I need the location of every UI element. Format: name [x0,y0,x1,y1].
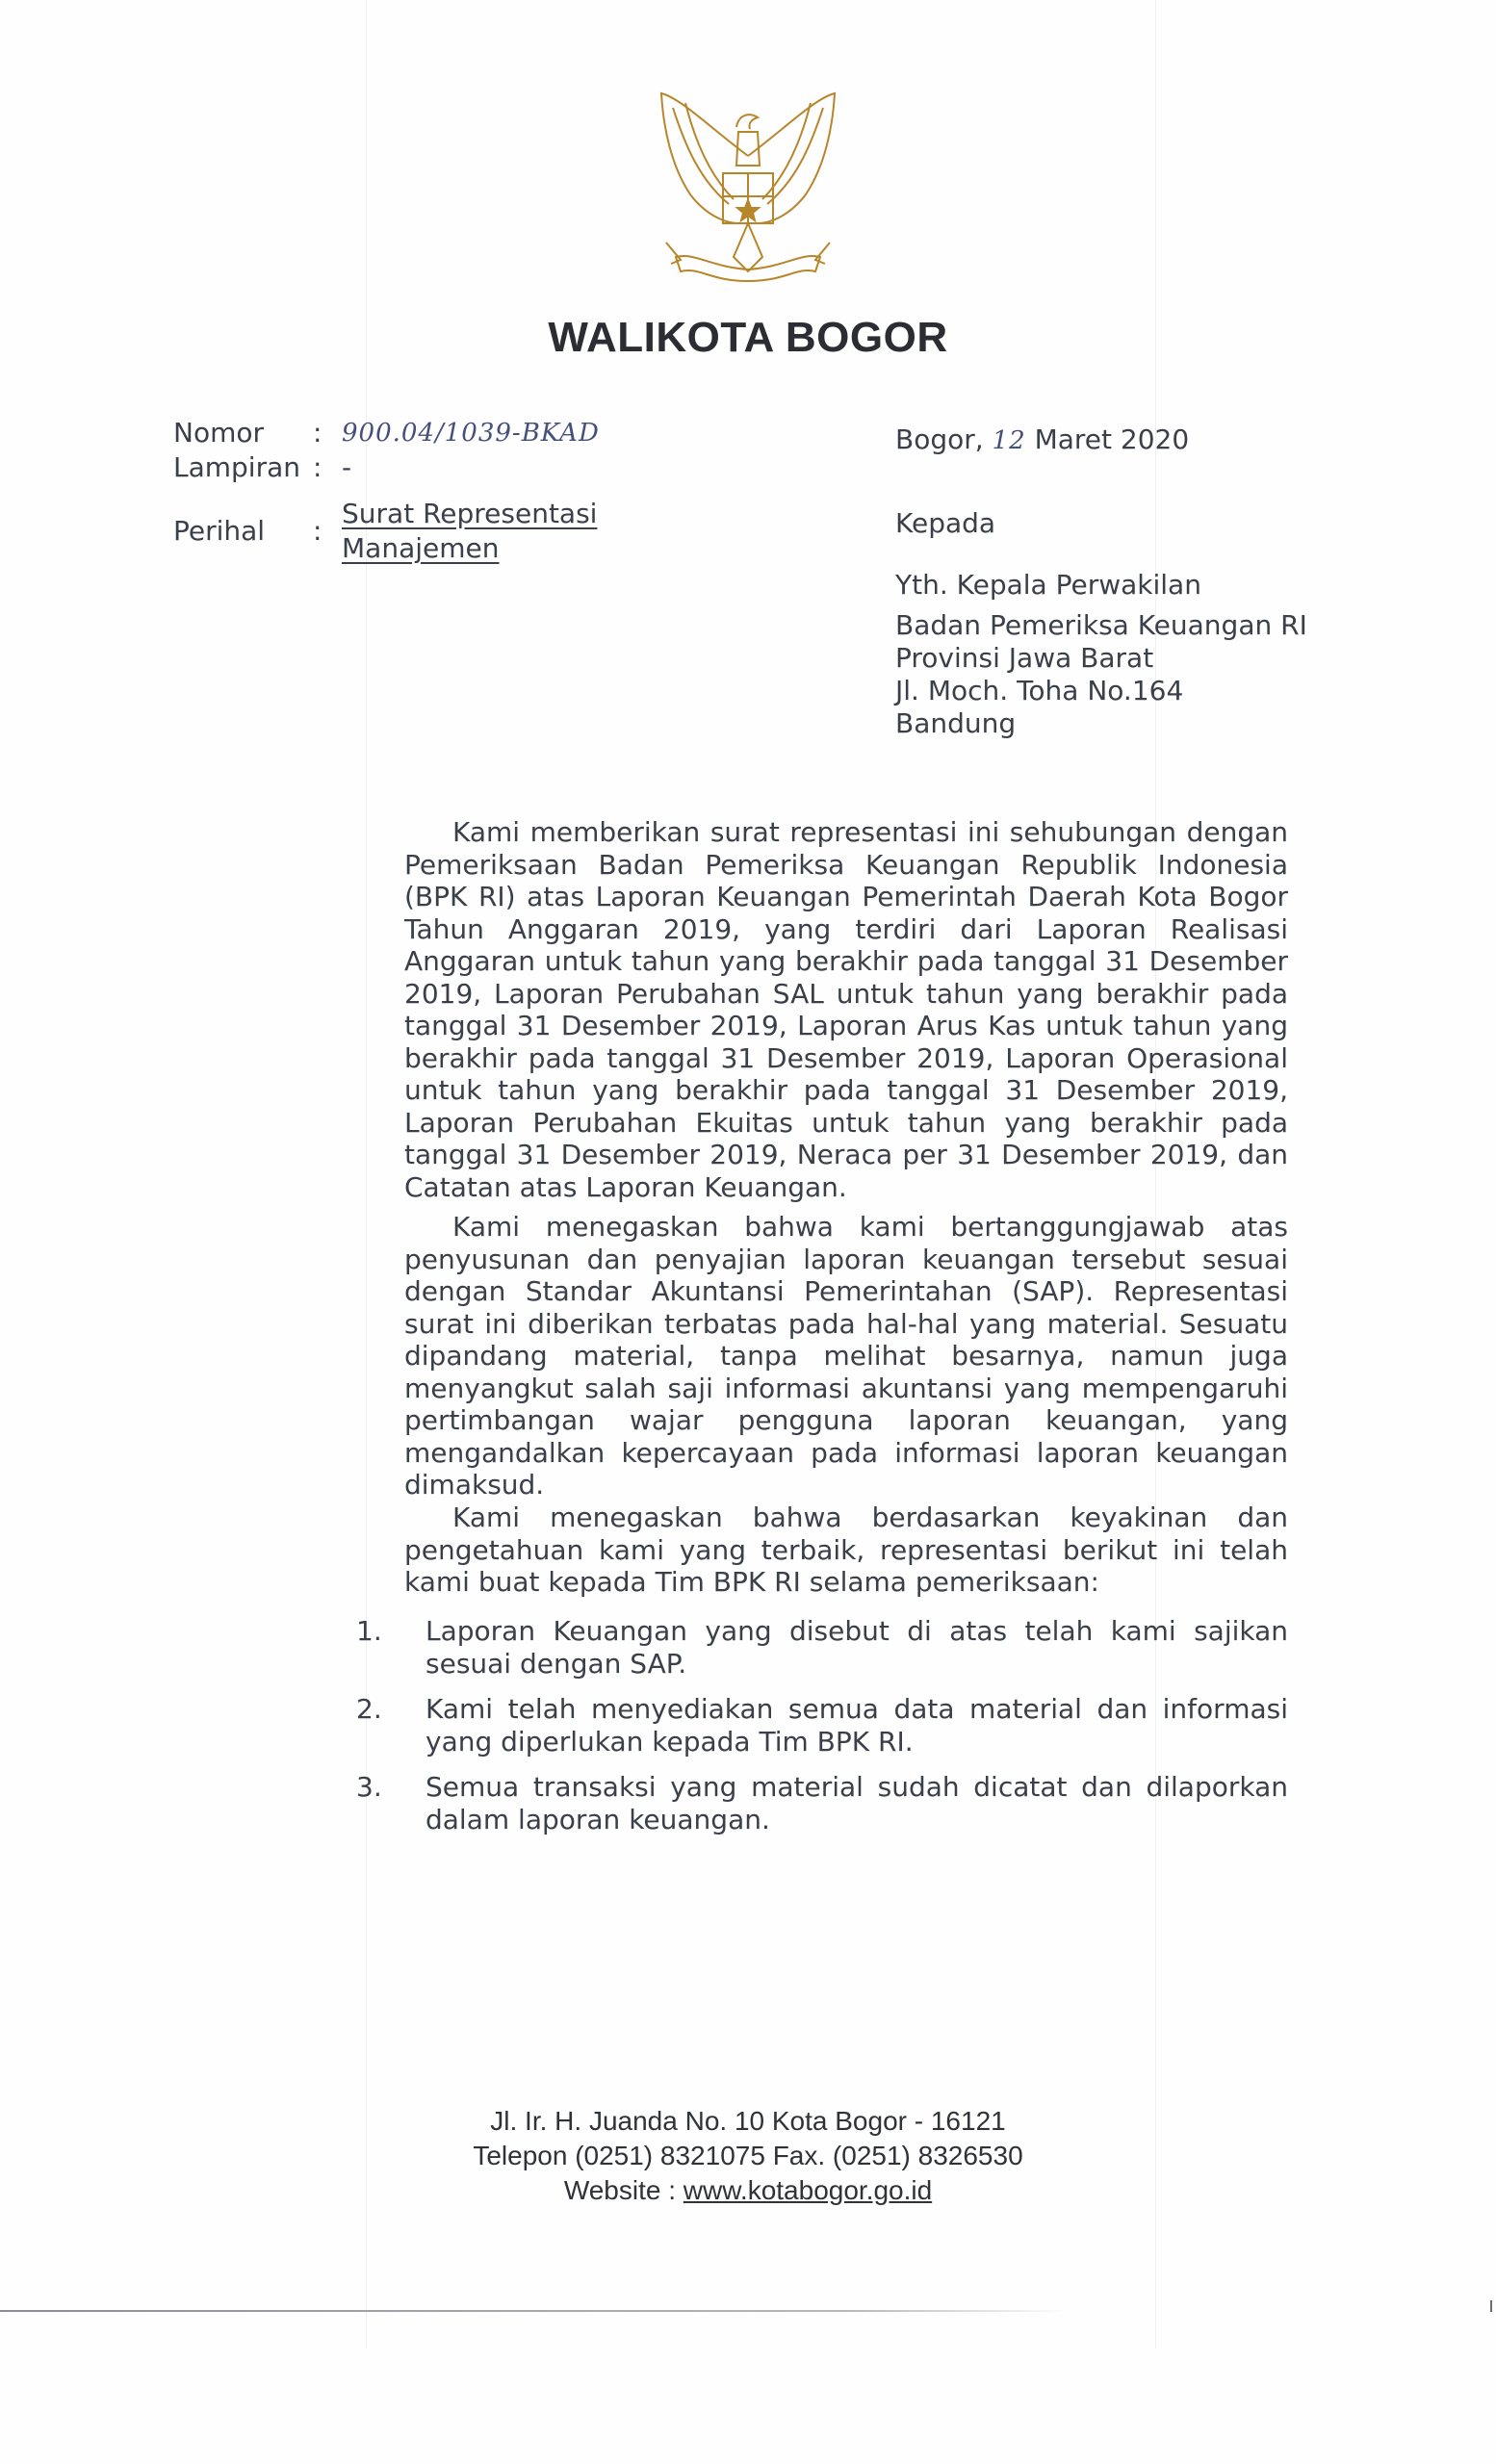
date-place: Bogor, [895,423,984,455]
address-block: Bogor, 12 Maret 2020 Kepada Yth. Kepala … [895,423,1307,740]
perihal-value: Surat Representasi Manajemen [342,497,597,566]
recipient-line: Bandung [895,707,1307,740]
lampiran-label: Lampiran [173,450,313,485]
website-label: Website : [564,2175,676,2205]
recipient-line: Provinsi Jawa Barat [895,642,1307,675]
date-month-year: Maret 2020 [1035,423,1190,455]
list-item: 1. Laporan Keuangan yang disebut di atas… [356,1615,1288,1680]
nomor-row: Nomor : 900.04/1039-BKAD [173,416,600,450]
paragraph-text: Kami menegaskan bahwa kami bertanggungja… [404,1211,1288,1501]
nomor-label: Nomor [173,416,313,450]
list-text: Semua transaksi yang material sudah dica… [426,1771,1288,1835]
letter-date: Bogor, 12 Maret 2020 [895,423,1307,457]
lampiran-value: - [342,450,351,485]
lampiran-row: Lampiran : - [173,450,600,485]
paragraph-text: Kami memberikan surat representasi ini s… [404,816,1288,1203]
body-paragraph: Kami memberikan surat representasi ini s… [404,816,1288,1203]
letterhead-footer: Jl. Ir. H. Juanda No. 10 Kota Bogor - 16… [0,2104,1496,2208]
perihal-label: Perihal [173,514,313,549]
recipient-line: Badan Pemeriksa Keuangan RI [895,609,1307,642]
footer-website: Website : www.kotabogor.go.id [0,2173,1496,2208]
list-number: 3. [356,1771,426,1835]
perihal-line-2: Manajemen [342,532,499,564]
footer-address: Jl. Ir. H. Juanda No. 10 Kota Bogor - 16… [0,2104,1496,2139]
colon: : [313,514,342,549]
letter-page: WALIKOTA BOGOR Nomor : 900.04/1039-BKAD … [0,0,1496,2464]
list-text: Kami telah menyediakan semua data materi… [426,1693,1288,1758]
letter-meta: Nomor : 900.04/1039-BKAD Lampiran : - Pe… [173,416,600,566]
paragraph-text: Kami menegaskan bahwa berdasarkan keyaki… [404,1501,1288,1599]
list-text: Laporan Keuangan yang disebut di atas te… [426,1615,1288,1680]
list-item: 3. Semua transaksi yang material sudah d… [356,1771,1288,1835]
representation-list: 1. Laporan Keuangan yang disebut di atas… [356,1615,1288,1849]
recipient-line: Yth. Kepala Perwakilan [895,569,1307,602]
body-paragraph: Kami menegaskan bahwa kami bertanggungja… [404,1211,1288,1501]
nomor-value: 900.04/1039-BKAD [342,416,600,450]
scan-mark [1490,2300,1492,2312]
salutation: Kepada [895,507,1307,540]
body-paragraph: Kami menegaskan bahwa berdasarkan keyaki… [404,1501,1288,1599]
perihal-line-1: Surat Representasi [342,498,597,529]
list-number: 1. [356,1615,426,1680]
garuda-emblem-icon [652,89,844,295]
colon: : [313,450,342,485]
recipient-line: Jl. Moch. Toha No.164 [895,675,1307,707]
date-day: 12 [993,426,1026,455]
footer-phone-fax: Telepon (0251) 8321075 Fax. (0251) 83265… [0,2139,1496,2173]
letterhead-title: WALIKOTA BOGOR [0,314,1496,362]
list-item: 2. Kami telah menyediakan semua data mat… [356,1693,1288,1758]
colon: : [313,416,342,450]
perihal-row: Perihal : Surat Representasi Manajemen [173,497,600,566]
list-number: 2. [356,1693,426,1758]
footer-divider [0,2310,1069,2312]
website-link[interactable]: www.kotabogor.go.id [684,2175,932,2205]
